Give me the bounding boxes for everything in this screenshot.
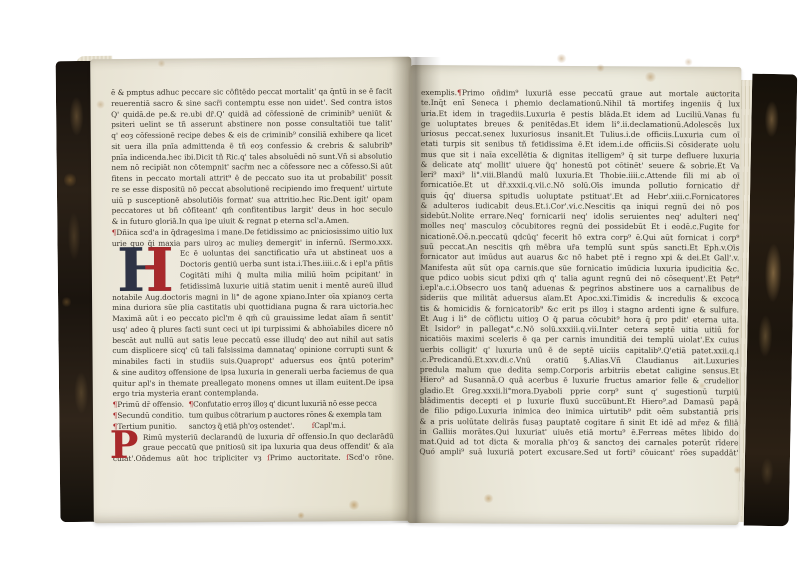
right-binding-board — [744, 74, 798, 527]
text-line: peccatores ut bñ cōfiteant' qm̄ confiten… — [112, 205, 393, 217]
text-line: quitur apl's in themate preallegato mone… — [113, 377, 394, 389]
foxing-spot — [684, 58, 693, 66]
illuminated-initial-h: HH — [112, 248, 180, 291]
left-page-text: ē & pmptus adhuc peccare sic cōfitēdo pe… — [111, 87, 394, 465]
illuminated-initial-p: P — [113, 432, 143, 453]
text-line: reuerentiā sacro & sine sacr̄i contemptu… — [111, 97, 392, 109]
text-line: te.Inq̄t enī Seneca i phemio declamation… — [421, 98, 740, 110]
text-line: culat'.Oñdemus aūt hoc tripliciter vȝ ſP… — [113, 453, 394, 465]
text-line: fornicator aut imūdus aut auarus &c nō h… — [420, 252, 739, 264]
text-line: Quó ampli⁹ suā luxuriā potert excusare.S… — [419, 447, 738, 459]
book-photograph: ē & pmptus adhuc peccare sic cōfitēdo pe… — [0, 0, 800, 584]
text-line: de filio pdigo.Luxuria inimica deo inimi… — [420, 406, 739, 418]
right-page-text: exemplis.¶Primo oñdim⁹ luxuriā esse pecc… — [419, 88, 740, 459]
text-line: ¶Tertium punitio.sanctoȝ q̄ etiā ph'oȝ o… — [113, 420, 394, 432]
foxing-spot — [556, 54, 567, 63]
